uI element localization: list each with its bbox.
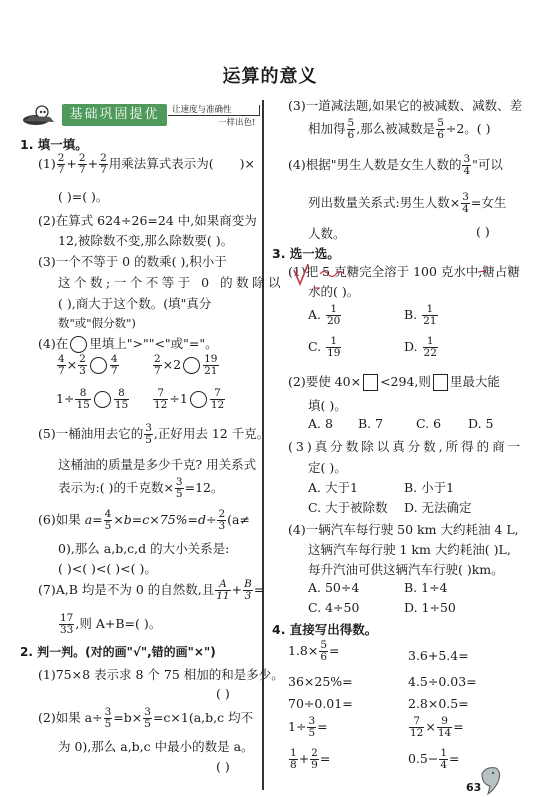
question-3-3-line2: 定( )。 [308,458,347,476]
compare-item-4: 712÷1712 [152,388,226,411]
fraction: 27 [78,153,87,176]
handwritten-check-icon [292,262,492,292]
question-1-7-line2: 1733,则 A+B=( )。 [58,613,161,636]
section-1-heading: 1. 填一填。 [20,135,88,153]
calc-item: 36×25%= [288,674,353,689]
question-1-2-line2: 12,被除数不变,那么除数要( )。 [58,231,233,249]
option-d[interactable]: D. 无法确定 [404,498,472,516]
option-a[interactable]: A. 50÷4 [308,580,359,595]
calc-item: 1.8×56= [288,640,340,663]
question-3-4-line1: (4)一辆汽车每行驶 50 km 大约耗油 4 L, [288,520,519,538]
dolphin-icon [478,764,504,796]
question-1-5-line2: 这桶油的质量是多少千克? 用关系式 [58,455,256,473]
question-3-3-line1: (3)真分数除以真分数,所得的商一 [288,437,523,455]
question-2-3-line1: (3)一道减法题,如果它的被减数、减数、差 [288,96,522,114]
banner-label: 基础巩固提优 [62,104,167,126]
calc-item: 70÷0.01= [288,696,353,711]
question-1-6-line2: 0),那么 a,b,c,d 的大小关系是: [58,539,229,557]
question-2-4-line3: 人数。 [308,224,346,242]
question-1-6-line1: (6)如果 a=45×b=c×75%=d÷23(a≠ [38,509,250,532]
calc-item: 1÷35= [288,716,328,739]
calc-item: 2.8×0.5= [408,696,469,711]
option-c[interactable]: C. 6 [416,416,441,431]
banner-slogan-2: 一样出色! [218,116,255,128]
question-1-3-line1: (3)一个不等于 0 的数乘( ),积小于 [38,252,227,270]
answer-circle[interactable] [90,357,107,374]
answer-circle[interactable] [94,391,111,408]
blank-box [433,374,448,391]
question-3-2-line2: 填( )。 [308,396,347,414]
question-1-3-line4: 数"或"假分数") [58,315,136,331]
calc-item: 712×914= [408,716,464,739]
q-prefix: (1) [38,156,56,171]
question-2-2-line2: 为 0),那么 a,b,c 中最小的数是 a。 [58,737,254,755]
option-c[interactable]: C. 大于被除数 [308,498,388,516]
question-2-2-line1: (2)如果 a÷35=b×35=c×1(a,b,c 均不 [38,707,253,730]
section-2-heading: 2. 判一判。(对的画"√",错的画"×") [20,643,216,660]
question-3-2-line1: (2)要使 40×<294,则里最大能 [288,372,500,391]
question-1-1-line2: ( )=( )。 [58,187,108,205]
question-1-3-line2: 这个数;一个不等于 0 的数除以 [58,273,284,291]
fraction: 27 [99,153,108,176]
section-banner: 基础巩固提优 让速度与准确性 一样出色! [22,101,262,131]
question-3-4-line3: 每升汽油可供这辆汽车行驶( )km。 [308,560,504,578]
blank-circle [70,336,87,353]
question-1-5-line3: 表示为:( )的千克数×35=12。 [58,477,224,500]
question-3-4-line2: 这辆汽车每行驶 1 km 大约耗油( )L, [308,540,511,558]
question-1-1: (1)27+27+27用乘法算式表示为()× [38,153,255,176]
calc-item: 3.6+5.4= [408,648,469,663]
option-d[interactable]: D. 5 [468,416,493,431]
page-title: 运算的意义 [0,62,540,88]
option-b[interactable]: B. 121 [404,304,439,327]
blank-box[interactable] [363,374,378,391]
mascot-rocket-icon [22,104,56,126]
question-2-3-line2: 相加得56,那么被减数是56÷2。( ) [308,118,491,141]
calc-item: 0.5−14= [408,748,460,771]
question-2-4-line1: (4)根据"男生人数是女生人数的34"可以 [288,154,503,177]
option-c[interactable]: C. 119 [308,336,342,359]
answer-paren[interactable]: ( ) [216,686,230,701]
option-a[interactable]: A. 大于1 [308,478,358,496]
question-2-4-line2: 列出数量关系式:男生人数×34=女生 [308,192,506,215]
compare-item-1: 47×2347 [56,354,120,377]
section-4-heading: 4. 直接写出得数。 [272,620,377,638]
answer-circle[interactable] [190,391,207,408]
question-2-1-line1: (1)75×8 表示求 8 个 75 相加的和是多少。 [38,665,284,683]
compare-item-2: 27×21921 [152,354,220,377]
option-d[interactable]: D. 122 [404,336,439,359]
banner-tick [259,105,260,115]
question-1-7-line1: (7)A,B 均是不为 0 的自然数,且A11+B3= [38,579,264,602]
section-3-heading: 3. 选一选。 [272,244,340,262]
question-1-4-line1: (4)在里填上">""<"或"="。 [38,334,218,353]
question-1-3-line3: ( ),商大于这个数。(填"真分 [58,294,211,312]
option-c[interactable]: C. 4÷50 [308,600,359,615]
calc-item: 18+29= [288,748,330,771]
answer-paren[interactable]: ( ) [216,759,230,774]
worksheet-page: 运算的意义 基础巩固提优 让速度与准确性 一样出色! 1. 填一填。 (1)27… [0,0,540,797]
compare-item-3: 1÷815815 [56,388,130,411]
option-a[interactable]: A. 8 [308,416,333,431]
option-b[interactable]: B. 1÷4 [404,580,448,595]
answer-paren[interactable]: ( ) [476,224,490,239]
option-d[interactable]: D. 1÷50 [404,600,456,615]
calc-item: 4.5÷0.03= [408,674,477,689]
option-a[interactable]: A. 120 [308,304,342,327]
option-b[interactable]: B. 小于1 [404,478,454,496]
option-b[interactable]: B. 7 [358,416,383,431]
banner-slogan-1: 让速度与准确性 [172,103,232,115]
question-1-2-line1: (2)在算式 624÷26=24 中,如果商变为 [38,211,257,229]
question-1-6-line3: ( )<( )<( )<( )。 [58,559,157,577]
fraction: 27 [57,153,66,176]
answer-circle[interactable] [183,357,200,374]
question-1-5-line1: (5)一桶油用去它的35,正好用去 12 千克。 [38,423,269,446]
